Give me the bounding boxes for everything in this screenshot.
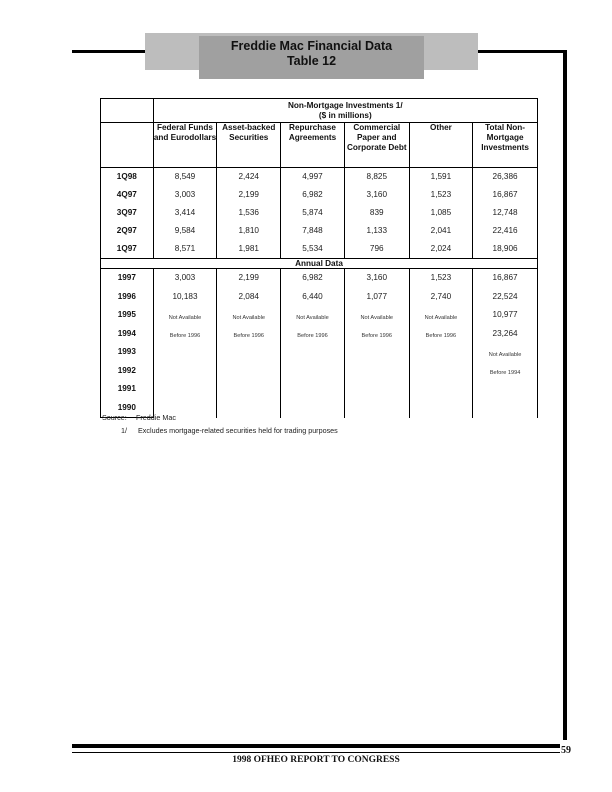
na-line2: Before 1996 (217, 327, 280, 345)
column-header-row: Federal Funds and Eurodollars Asset-back… (101, 123, 538, 168)
na-line1: Not Available (473, 346, 537, 364)
table-cell: 2,084 (217, 288, 281, 307)
na-line2: Before 1994 (473, 364, 537, 382)
page-side-bar (563, 50, 567, 740)
row-label: 1997 (101, 269, 154, 288)
table-cell: 23,264 (473, 325, 538, 344)
table-cell: 9,584 (153, 222, 217, 240)
financial-data-table: Non-Mortgage Investments 1/ ($ in millio… (100, 98, 538, 418)
group-header: Non-Mortgage Investments 1/ ($ in millio… (153, 99, 537, 123)
col-header-federal-funds: Federal Funds and Eurodollars (153, 123, 217, 168)
page-title-line1: Freddie Mac Financial Data (199, 39, 424, 54)
table-row: 3Q973,4141,5365,8748391,08512,748 (101, 204, 538, 222)
page-title-line2: Table 12 (199, 54, 424, 69)
annual-header-row: Annual Data (101, 259, 538, 269)
annual-data-header: Annual Data (101, 259, 538, 269)
table-cell: 839 (344, 204, 409, 222)
na-line1: Not Available (154, 309, 217, 327)
not-available-cell: Not AvailableBefore 1996 (153, 306, 217, 418)
table-cell: 2,024 (409, 240, 473, 259)
table-cell: 10,977 (473, 306, 538, 325)
row-label: 1995 (101, 306, 154, 325)
page-number: 59 (561, 745, 571, 756)
footnote-marker: 1/ (121, 426, 138, 435)
table-cell: 2,740 (409, 288, 473, 307)
table-cell: 18,906 (473, 240, 538, 259)
col-header-repurchase: Repurchase Agreements (281, 123, 345, 168)
na-line1: Not Available (345, 309, 409, 327)
table-cell: 8,825 (344, 168, 409, 187)
not-available-cell: Not AvailableBefore 1994 (473, 343, 538, 418)
footer-rule-thin (72, 752, 560, 753)
corner-cell-2 (101, 123, 154, 168)
table-cell: 3,414 (153, 204, 217, 222)
row-label: 3Q97 (101, 204, 154, 222)
row-label: 1Q97 (101, 240, 154, 259)
table-cell: 5,874 (281, 204, 345, 222)
table-cell: 2,199 (217, 186, 281, 204)
not-available-cell: Not AvailableBefore 1996 (344, 306, 409, 418)
table-row: 4Q973,0032,1996,9823,1601,52316,867 (101, 186, 538, 204)
table-row: 199610,1832,0846,4401,0772,74022,524 (101, 288, 538, 307)
row-label: 4Q97 (101, 186, 154, 204)
table-cell: 12,748 (473, 204, 538, 222)
table-cell: 10,183 (153, 288, 217, 307)
col-header-asset-backed: Asset-backed Securities (217, 123, 281, 168)
table-cell: 26,386 (473, 168, 538, 187)
na-line2: Before 1996 (410, 327, 473, 345)
footnote: 1/Excludes mortgage-related securities h… (121, 426, 338, 435)
table-cell: 1,810 (217, 222, 281, 240)
col-header-commercial-paper: Commercial Paper and Corporate Debt (344, 123, 409, 168)
table-cell: 2,424 (217, 168, 281, 187)
table-cell: 8,549 (153, 168, 217, 187)
na-line2: Before 1996 (281, 327, 344, 345)
row-label: 1991 (101, 380, 154, 399)
header-rule-right (478, 50, 567, 53)
table-cell: 3,160 (344, 269, 409, 288)
table-cell: 1,523 (409, 186, 473, 204)
table-cell: 16,867 (473, 186, 538, 204)
table-cell: 3,003 (153, 269, 217, 288)
table-row: 1995Not AvailableBefore 1996Not Availabl… (101, 306, 538, 325)
table-cell: 2,041 (409, 222, 473, 240)
table-cell: 16,867 (473, 269, 538, 288)
na-line1: Not Available (410, 309, 473, 327)
footer-report-title: 1998 OFHEO REPORT TO CONGRESS (72, 755, 560, 765)
table-cell: 2,199 (217, 269, 281, 288)
row-label: 1992 (101, 362, 154, 381)
group-header-line1: Non-Mortgage Investments 1/ (154, 101, 537, 111)
not-available-cell: Not AvailableBefore 1996 (281, 306, 345, 418)
table-cell: 4,997 (281, 168, 345, 187)
row-label: 1993 (101, 343, 154, 362)
table-cell: 3,003 (153, 186, 217, 204)
na-line2: Before 1996 (154, 327, 217, 345)
table-cell: 1,536 (217, 204, 281, 222)
row-label: 1996 (101, 288, 154, 307)
na-line1: Not Available (281, 309, 344, 327)
table-cell: 6,982 (281, 186, 345, 204)
source-label: Source: (102, 413, 136, 422)
table-cell: 1,981 (217, 240, 281, 259)
table-row: 19973,0032,1996,9823,1601,52316,867 (101, 269, 538, 288)
source-note: Source:Freddie Mac (102, 413, 176, 422)
col-header-total: Total Non-Mortgage Investments (473, 123, 538, 168)
table-cell: 22,416 (473, 222, 538, 240)
na-line2: Before 1996 (345, 327, 409, 345)
table-cell: 7,848 (281, 222, 345, 240)
col-header-other: Other (409, 123, 473, 168)
not-available-cell: Not AvailableBefore 1996 (409, 306, 473, 418)
table-cell: 1,077 (344, 288, 409, 307)
row-label: 2Q97 (101, 222, 154, 240)
table-row: 1Q978,5711,9815,5347962,02418,906 (101, 240, 538, 259)
table-cell: 5,534 (281, 240, 345, 259)
not-available-cell: Not AvailableBefore 1996 (217, 306, 281, 418)
table-cell: 3,160 (344, 186, 409, 204)
footer-rule-thick (72, 744, 560, 748)
footnote-text: Excludes mortgage-related securities hel… (138, 426, 338, 435)
table-cell: 1,085 (409, 204, 473, 222)
group-header-row: Non-Mortgage Investments 1/ ($ in millio… (101, 99, 538, 123)
table-cell: 1,523 (409, 269, 473, 288)
table-cell: 6,440 (281, 288, 345, 307)
table-row: 2Q979,5841,8107,8481,1332,04122,416 (101, 222, 538, 240)
page-title: Freddie Mac Financial Data Table 12 (199, 39, 424, 69)
table-cell: 8,571 (153, 240, 217, 259)
row-label: 1Q98 (101, 168, 154, 187)
header-rule-left (72, 50, 146, 53)
na-line1: Not Available (217, 309, 280, 327)
table-row: 1Q988,5492,4244,9978,8251,59126,386 (101, 168, 538, 187)
table-cell: 796 (344, 240, 409, 259)
group-header-line2: ($ in millions) (154, 111, 537, 121)
quarterly-section: 1Q988,5492,4244,9978,8251,59126,3864Q973… (101, 168, 538, 259)
table-cell: 22,524 (473, 288, 538, 307)
source-value: Freddie Mac (136, 413, 176, 422)
table-cell: 6,982 (281, 269, 345, 288)
row-label: 1994 (101, 325, 154, 344)
table-cell: 1,133 (344, 222, 409, 240)
table-cell: 1,591 (409, 168, 473, 187)
corner-cell (101, 99, 154, 123)
annual-section: 19973,0032,1996,9823,1601,52316,86719961… (101, 269, 538, 418)
